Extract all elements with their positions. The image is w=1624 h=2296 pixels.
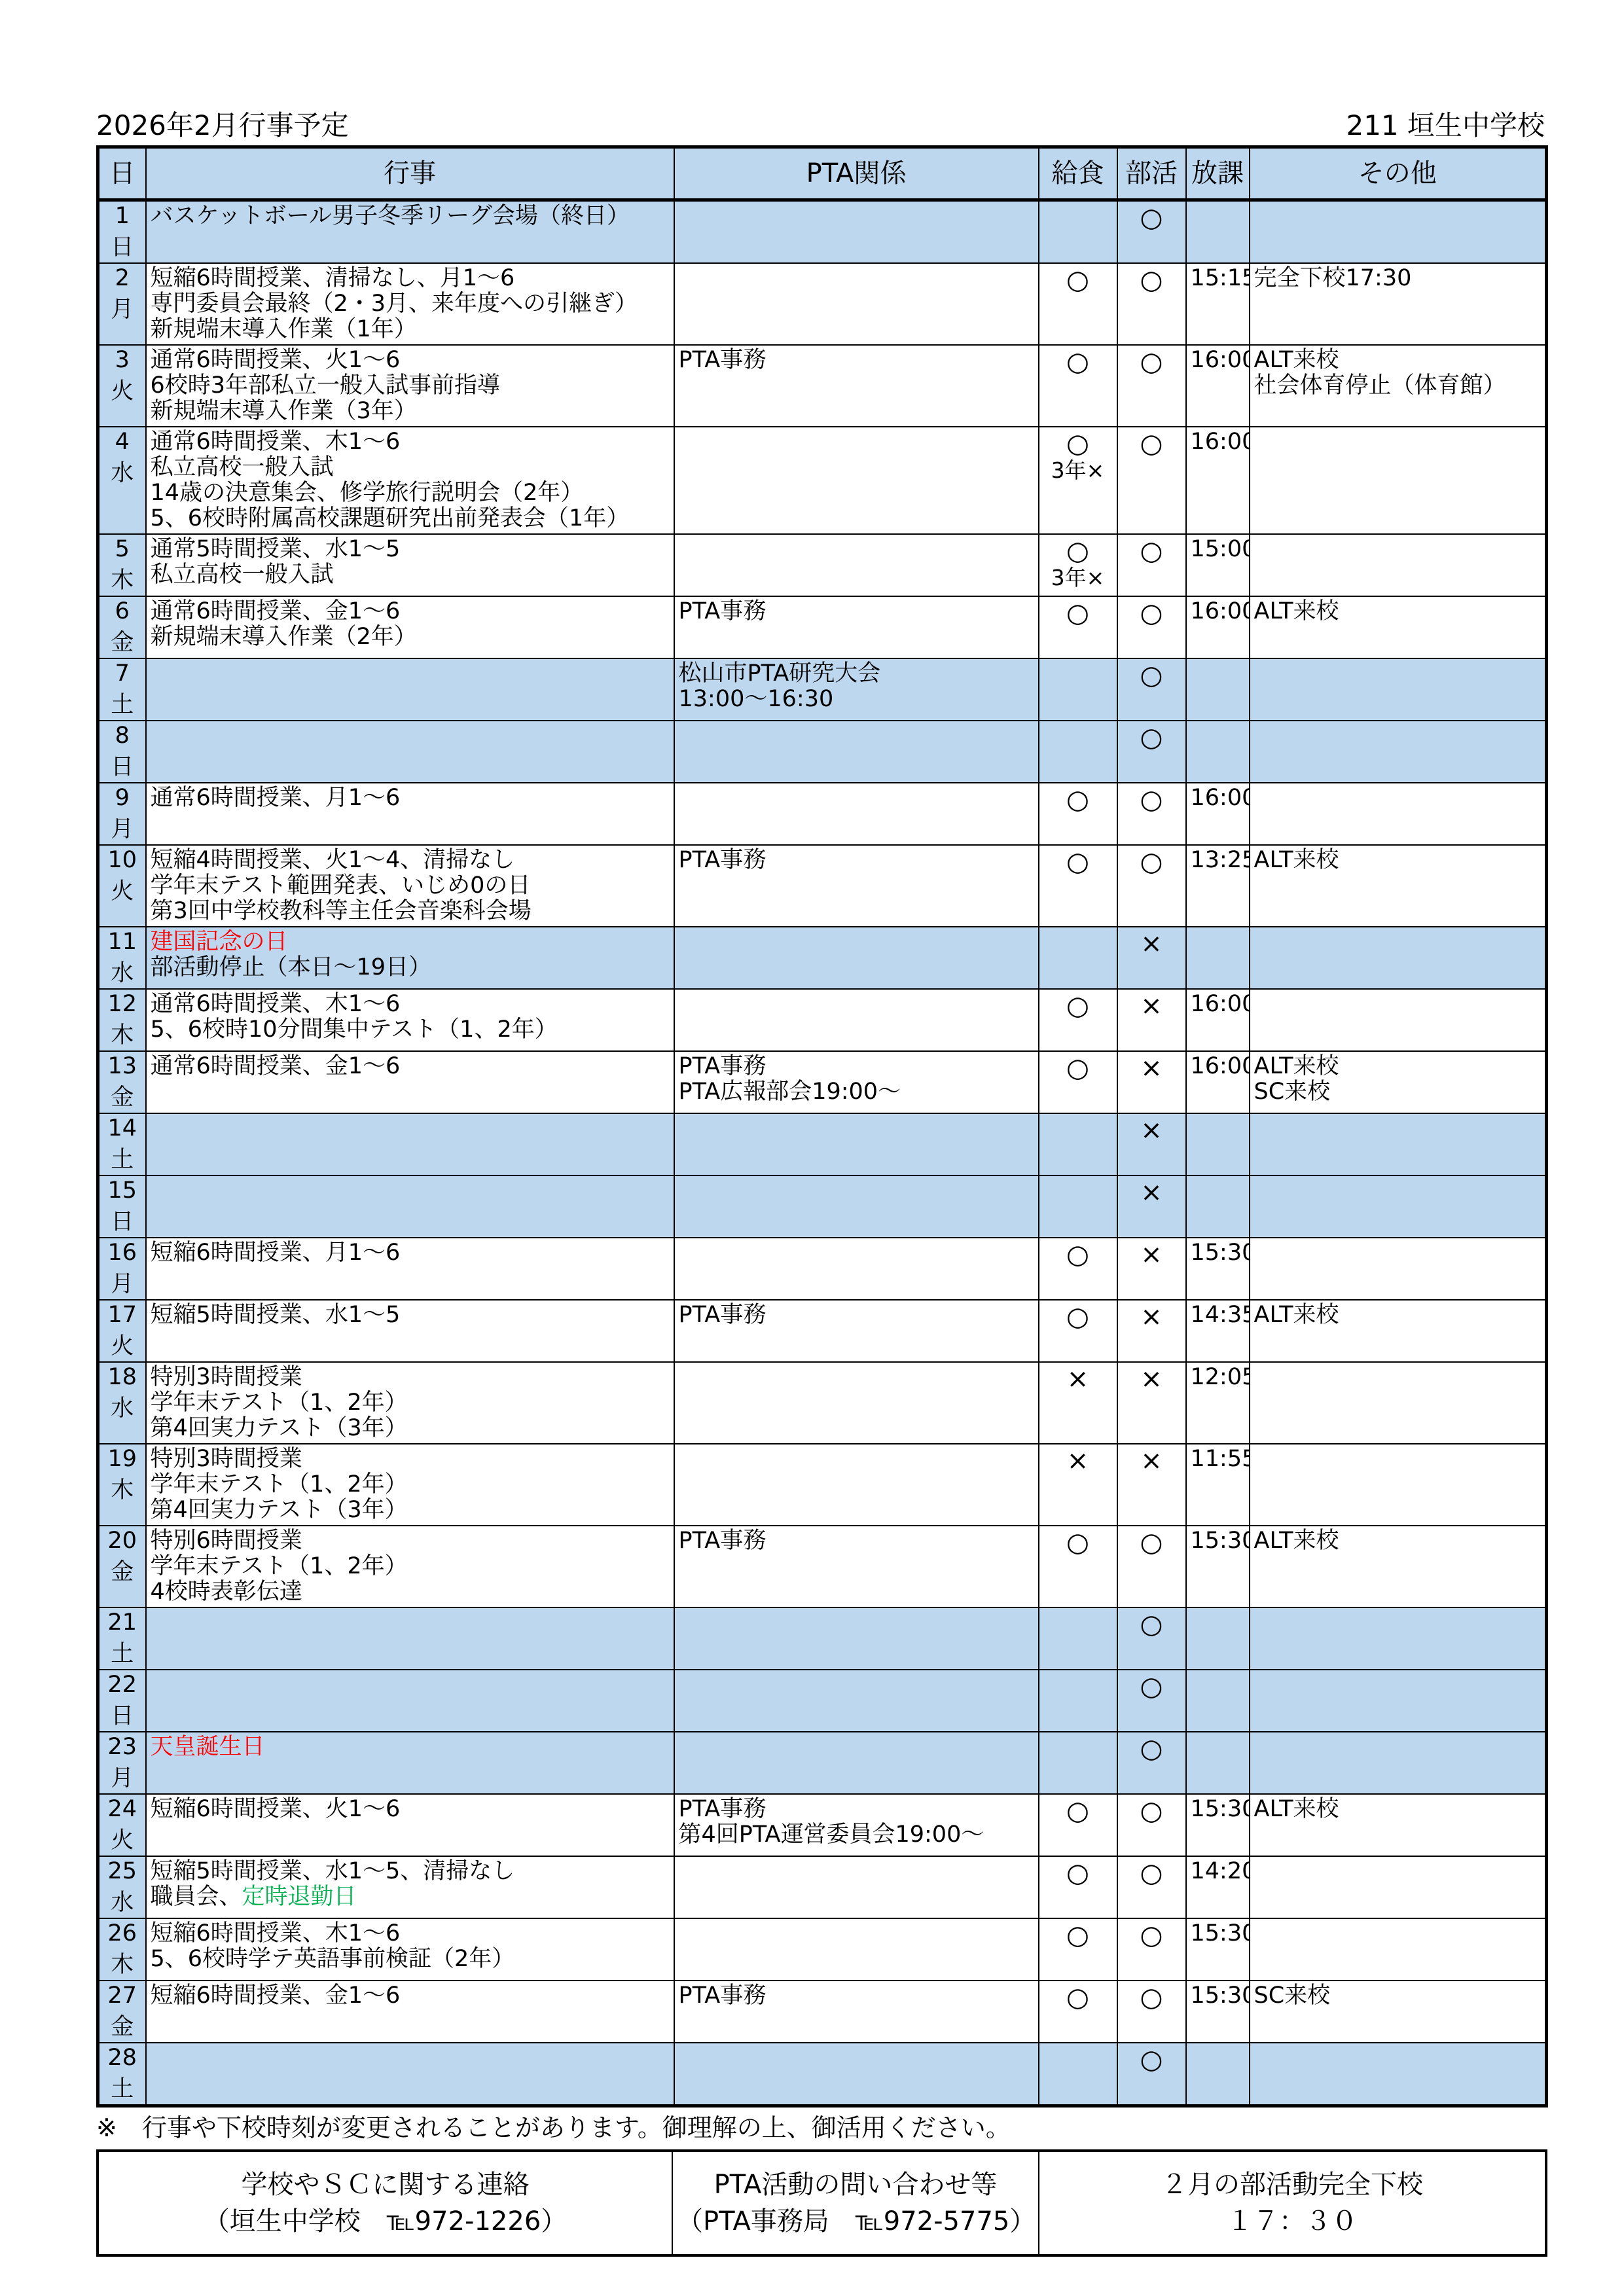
weekday-label: 木	[103, 568, 141, 594]
club-cell: ○	[1117, 1732, 1186, 1794]
lunch-cell: ○	[1039, 1981, 1117, 2043]
text-segment: 短縮6時間授業、月1～6	[151, 1240, 401, 1266]
event-line: 4校時表彰伝達	[151, 1579, 670, 1605]
text-segment: 通常6時間授業、月1～6	[151, 785, 401, 811]
text-segment: 通常6時間授業、金1～6	[151, 598, 401, 624]
other-cell	[1250, 1670, 1547, 1732]
events-cell	[146, 1175, 674, 1238]
lunch-cell: ○	[1039, 1300, 1117, 1362]
day-number: 1	[103, 204, 141, 229]
text-segment: ALT来校	[1254, 847, 1339, 873]
text-segment: ALT来校	[1254, 1302, 1339, 1328]
dismissal-cell	[1186, 721, 1250, 783]
footer-cell-club-dismissal: ２月の部活動完全下校 １７：３０	[1039, 2151, 1546, 2255]
day-row: 25水短縮5時間授業、水1～5、清掃なし職員会、定時退勤日○○14:20	[98, 1856, 1547, 1918]
text-segment: 建国記念の日	[151, 929, 288, 955]
other-line: 完全下校17:30	[1254, 266, 1542, 291]
other-cell: ALT来校	[1250, 845, 1547, 927]
club-mark: ○	[1122, 348, 1182, 376]
dismissal-time: 15:00	[1191, 537, 1245, 562]
text-segment: PTA事務	[679, 1302, 767, 1328]
event-line: 短縮6時間授業、火1～6	[151, 1797, 670, 1822]
club-cell: ○	[1117, 1856, 1186, 1918]
event-line: 部活動停止（本日～19日）	[151, 955, 670, 980]
other-line: ALT来校	[1254, 1797, 1542, 1822]
pta-cell	[674, 200, 1039, 264]
club-mark: ×	[1122, 1054, 1182, 1083]
pta-line: PTA事務	[679, 1302, 1034, 1328]
lunch-cell	[1039, 1670, 1117, 1732]
day-cell: 10火	[98, 845, 146, 927]
dismissal-cell: 16:00	[1186, 783, 1250, 845]
text-segment: 完全下校17:30	[1254, 265, 1412, 291]
day-cell: 18水	[98, 1362, 146, 1444]
events-cell: 特別3時間授業学年末テスト（1、2年）第4回実力テスト（3年）	[146, 1444, 674, 1526]
other-cell	[1250, 1732, 1547, 1794]
column-header-dismissal: 放課	[1186, 147, 1250, 200]
dismissal-cell	[1186, 927, 1250, 989]
lunch-cell	[1039, 1113, 1117, 1175]
day-number: 13	[103, 1054, 141, 1079]
events-cell: 短縮6時間授業、金1～6	[146, 1981, 674, 2043]
weekday-label: 火	[103, 379, 141, 404]
club-mark: ○	[1122, 1859, 1182, 1888]
weekday-label: 月	[103, 297, 141, 323]
day-number: 21	[103, 1610, 141, 1636]
dismissal-time: 15:30	[1191, 1240, 1245, 1266]
other-cell	[1250, 1238, 1547, 1300]
club-mark: ×	[1122, 1446, 1182, 1475]
day-number: 5	[103, 537, 141, 562]
text-segment: 短縮6時間授業、火1～6	[151, 1796, 401, 1822]
lunch-mark: ○	[1043, 1921, 1113, 1950]
day-row: 8日○	[98, 721, 1547, 783]
events-cell: 通常6時間授業、金1～6	[146, 1051, 674, 1113]
lunch-cell: ○	[1039, 783, 1117, 845]
pta-cell	[674, 1238, 1039, 1300]
text-segment: 天皇誕生日	[151, 1734, 265, 1760]
text-segment: 学年末テスト（1、2年）	[151, 1471, 408, 1498]
dismissal-cell: 12:05	[1186, 1362, 1250, 1444]
event-line: 職員会、定時退勤日	[151, 1884, 670, 1910]
dismissal-cell: 11:55	[1186, 1444, 1250, 1526]
day-number: 27	[103, 1983, 141, 2009]
text-segment: 専門委員会最終（2・3月、来年度への引継ぎ）	[151, 291, 638, 317]
dismissal-cell: 15:30	[1186, 1918, 1250, 1981]
text-segment: 通常5時間授業、水1～5	[151, 536, 401, 562]
pta-cell: PTA事務	[674, 345, 1039, 427]
weekday-label: 水	[103, 1396, 141, 1422]
event-line: 特別3時間授業	[151, 1446, 670, 1472]
event-line: 短縮5時間授業、水1～5	[151, 1302, 670, 1328]
day-row: 15日×	[98, 1175, 1547, 1238]
pta-cell	[674, 534, 1039, 596]
day-cell: 5木	[98, 534, 146, 596]
club-mark: ○	[1122, 1528, 1182, 1557]
pta-cell: 松山市PTA研究大会13:00～16:30	[674, 658, 1039, 721]
dismissal-cell: 15:30	[1186, 1238, 1250, 1300]
lunch-cell: ○	[1039, 1238, 1117, 1300]
club-mark: ○	[1122, 1797, 1182, 1825]
lunch-cell: ×	[1039, 1444, 1117, 1526]
lunch-mark: ○	[1043, 848, 1113, 876]
event-line: 通常6時間授業、月1～6	[151, 785, 670, 811]
other-cell	[1250, 1607, 1547, 1670]
lunch-cell	[1039, 200, 1117, 264]
dismissal-cell: 15:30	[1186, 1981, 1250, 2043]
club-mark: ○	[1122, 1672, 1182, 1701]
club-cell: ×	[1117, 989, 1186, 1051]
weekday-label: 日	[103, 755, 141, 780]
dismissal-cell: 16:00	[1186, 1051, 1250, 1113]
text-segment: 通常6時間授業、木1～6	[151, 991, 401, 1017]
pta-line: PTA事務	[679, 1983, 1034, 2009]
events-cell	[146, 1670, 674, 1732]
event-line: 私立高校一般入試	[151, 455, 670, 480]
lunch-cell: ○	[1039, 1794, 1117, 1856]
pta-cell	[674, 1444, 1039, 1526]
other-cell	[1250, 721, 1547, 783]
lunch-mark: ○	[1043, 1983, 1113, 2012]
event-line: 新規端末導入作業（1年）	[151, 317, 670, 342]
club-cell: ○	[1117, 596, 1186, 658]
event-line: 通常5時間授業、水1～5	[151, 537, 670, 562]
text-segment: 私立高校一般入試	[151, 454, 334, 480]
events-cell: 短縮4時間授業、火1～4、清掃なし学年末テスト範囲発表、いじめ0の日第3回中学校…	[146, 845, 674, 927]
club-mark: ○	[1122, 204, 1182, 232]
event-line: 通常6時間授業、火1～6	[151, 348, 670, 373]
dismissal-cell: 15:30	[1186, 1526, 1250, 1607]
day-number: 15	[103, 1178, 141, 1204]
club-cell: ○	[1117, 263, 1186, 345]
weekday-label: 金	[103, 1560, 141, 1585]
events-cell: 通常6時間授業、火1～66校時3年部私立一般入試事前指導新規端末導入作業（3年）	[146, 345, 674, 427]
text-segment: 短縮6時間授業、木1～6	[151, 1920, 401, 1946]
day-cell: 6金	[98, 596, 146, 658]
lunch-mark: ×	[1043, 1446, 1113, 1475]
club-mark: ×	[1122, 929, 1182, 958]
club-cell: ×	[1117, 1238, 1186, 1300]
day-row: 13金通常6時間授業、金1～6PTA事務PTA広報部会19:00～○×16:00…	[98, 1051, 1547, 1113]
column-header-events: 行事	[146, 147, 674, 200]
other-cell	[1250, 534, 1547, 596]
day-cell: 23月	[98, 1732, 146, 1794]
lunch-mark: ○	[1043, 992, 1113, 1020]
day-cell: 19木	[98, 1444, 146, 1526]
footer-line: ２月の部活動完全下校	[1043, 2166, 1541, 2203]
dismissal-time: 13:25	[1191, 848, 1245, 873]
events-cell	[146, 1113, 674, 1175]
event-line: 通常6時間授業、金1～6	[151, 1054, 670, 1079]
dismissal-time: 14:35	[1191, 1302, 1245, 1328]
pta-cell	[674, 2043, 1039, 2106]
event-line: 第3回中学校教科等主任会音楽科会場	[151, 899, 670, 924]
events-cell: 特別6時間授業学年末テスト（1、2年）4校時表彰伝達	[146, 1526, 674, 1607]
text-segment: ALT来校	[1254, 347, 1339, 373]
text-segment: ALT来校	[1254, 1053, 1339, 1079]
column-header-lunch: 給食	[1039, 147, 1117, 200]
day-number: 14	[103, 1116, 141, 1141]
lunch-cell	[1039, 2043, 1117, 2106]
text-segment: 特別3時間授業	[151, 1446, 302, 1472]
day-cell: 14土	[98, 1113, 146, 1175]
dismissal-time: 15:30	[1191, 1983, 1245, 2009]
lunch-cell: ○	[1039, 345, 1117, 427]
other-line: ALT来校	[1254, 1054, 1542, 1079]
club-mark: ○	[1122, 537, 1182, 565]
weekday-label: 土	[103, 1641, 141, 1667]
club-cell: ×	[1117, 1051, 1186, 1113]
weekday-label: 木	[103, 1478, 141, 1503]
events-cell	[146, 658, 674, 721]
dismissal-cell	[1186, 658, 1250, 721]
dismissal-cell: 15:30	[1186, 1794, 1250, 1856]
text-segment: 通常6時間授業、金1～6	[151, 1053, 401, 1079]
lunch-cell	[1039, 721, 1117, 783]
pta-cell	[674, 1732, 1039, 1794]
text-segment: SC来校	[1254, 1079, 1331, 1105]
text-segment: 学年末テスト（1、2年）	[151, 1553, 408, 1579]
day-number: 24	[103, 1797, 141, 1822]
day-cell: 1日	[98, 200, 146, 264]
events-cell: 天皇誕生日	[146, 1732, 674, 1794]
text-segment: 特別6時間授業	[151, 1528, 302, 1554]
other-cell	[1250, 2043, 1547, 2106]
pta-cell	[674, 783, 1039, 845]
text-segment: 通常6時間授業、火1～6	[151, 347, 401, 373]
day-cell: 21土	[98, 1607, 146, 1670]
weekday-label: 金	[103, 1085, 141, 1111]
pta-line: PTA事務	[679, 1797, 1034, 1822]
dismissal-cell: 16:00	[1186, 427, 1250, 534]
day-cell: 9月	[98, 783, 146, 845]
event-line: 学年末テスト（1、2年）	[151, 1554, 670, 1579]
event-line: 6校時3年部私立一般入試事前指導	[151, 373, 670, 399]
weekday-label: 土	[103, 1147, 141, 1173]
day-number: 26	[103, 1921, 141, 1946]
day-row: 16月短縮6時間授業、月1～6○×15:30	[98, 1238, 1547, 1300]
events-cell: 通常6時間授業、金1～6新規端末導入作業（2年）	[146, 596, 674, 658]
dismissal-cell: 13:25	[1186, 845, 1250, 927]
dismissal-cell: 14:35	[1186, 1300, 1250, 1362]
text-segment: PTA事務	[679, 1796, 767, 1822]
lunch-mark: ○	[1043, 785, 1113, 814]
club-cell: ×	[1117, 1444, 1186, 1526]
page-title: 2026年2月行事予定	[96, 110, 349, 141]
lunch-note: 3年×	[1043, 565, 1113, 590]
weekday-label: 火	[103, 879, 141, 905]
pta-cell: PTA事務	[674, 1526, 1039, 1607]
pta-cell: PTA事務PTA広報部会19:00～	[674, 1051, 1039, 1113]
day-row: 6金通常6時間授業、金1～6新規端末導入作業（2年）PTA事務○○16:00AL…	[98, 596, 1547, 658]
club-cell: ○	[1117, 200, 1186, 264]
event-line: 短縮6時間授業、金1～6	[151, 1983, 670, 2009]
dismissal-time: 15:30	[1191, 1797, 1245, 1822]
club-mark: ○	[1122, 661, 1182, 690]
events-cell: 短縮5時間授業、水1～5	[146, 1300, 674, 1362]
events-cell: 通常6時間授業、月1～6	[146, 783, 674, 845]
day-row: 26木短縮6時間授業、木1～65、6校時学テ英語事前検証（2年）○○15:30	[98, 1918, 1547, 1981]
text-segment: 第4回実力テスト（3年）	[151, 1415, 408, 1441]
text-segment: 特別3時間授業	[151, 1364, 302, 1390]
pta-line: 13:00～16:30	[679, 687, 1034, 712]
day-number: 10	[103, 848, 141, 873]
day-cell: 17火	[98, 1300, 146, 1362]
event-line: 専門委員会最終（2・3月、来年度への引継ぎ）	[151, 291, 670, 317]
pta-cell	[674, 1113, 1039, 1175]
lunch-mark: ×	[1043, 1365, 1113, 1393]
day-cell: 12木	[98, 989, 146, 1051]
title-bar: 2026年2月行事予定 211 垣生中学校	[96, 110, 1545, 141]
club-mark: ○	[1122, 429, 1182, 458]
footer-cell-pta-contact: PTA活動の問い合わせ等 （PTA事務局 ℡972-5775）	[672, 2151, 1039, 2255]
text-segment: 通常6時間授業、木1～6	[151, 429, 401, 455]
lunch-cell: ○	[1039, 845, 1117, 927]
weekday-label: 月	[103, 1766, 141, 1791]
events-cell: 短縮6時間授業、火1～6	[146, 1794, 674, 1856]
text-segment: バスケットボール男子冬季リーグ会場（終日）	[151, 203, 630, 229]
events-cell: 特別3時間授業学年末テスト（1、2年）第4回実力テスト（3年）	[146, 1362, 674, 1444]
text-segment: ALT来校	[1254, 598, 1339, 624]
lunch-mark: ○	[1043, 599, 1113, 628]
event-line: バスケットボール男子冬季リーグ会場（終日）	[151, 204, 670, 229]
day-cell: 26木	[98, 1918, 146, 1981]
event-line: 短縮4時間授業、火1～4、清掃なし	[151, 848, 670, 873]
other-cell	[1250, 927, 1547, 989]
dismissal-cell: 15:00	[1186, 534, 1250, 596]
club-cell: ○	[1117, 2043, 1186, 2106]
text-segment: ALT来校	[1254, 1796, 1339, 1822]
club-mark: ×	[1122, 1302, 1182, 1331]
day-row: 17火短縮5時間授業、水1～5PTA事務○×14:35ALT来校	[98, 1300, 1547, 1362]
dismissal-cell	[1186, 1607, 1250, 1670]
weekday-label: 水	[103, 461, 141, 486]
club-mark: ×	[1122, 1116, 1182, 1145]
text-segment: 13:00～16:30	[679, 686, 834, 712]
other-line: ALT来校	[1254, 848, 1542, 873]
event-line: 第4回実力テスト（3年）	[151, 1498, 670, 1523]
events-cell: バスケットボール男子冬季リーグ会場（終日）	[146, 200, 674, 264]
day-number: 4	[103, 429, 141, 455]
other-cell	[1250, 427, 1547, 534]
day-row: 3火通常6時間授業、火1～66校時3年部私立一般入試事前指導新規端末導入作業（3…	[98, 345, 1547, 427]
other-line: SC来校	[1254, 1983, 1542, 2009]
text-segment: 職員会、	[151, 1884, 242, 1910]
weekday-label: 月	[103, 817, 141, 842]
events-cell: 通常5時間授業、水1～5私立高校一般入試	[146, 534, 674, 596]
dismissal-cell	[1186, 200, 1250, 264]
dismissal-cell: 14:20	[1186, 1856, 1250, 1918]
weekday-label: 土	[103, 692, 141, 718]
text-segment: 私立高校一般入試	[151, 562, 334, 588]
day-number: 19	[103, 1446, 141, 1472]
dismissal-cell	[1186, 2043, 1250, 2106]
column-header-club: 部活	[1117, 147, 1186, 200]
club-cell: ○	[1117, 1918, 1186, 1981]
club-mark: ×	[1122, 1178, 1182, 1207]
club-cell: ○	[1117, 1670, 1186, 1732]
weekday-label: 金	[103, 630, 141, 656]
other-line: ALT来校	[1254, 1528, 1542, 1554]
other-cell: ALT来校	[1250, 1794, 1547, 1856]
pta-cell	[674, 1175, 1039, 1238]
lunch-mark: ○	[1043, 537, 1113, 565]
text-segment: 学年末テスト（1、2年）	[151, 1390, 408, 1416]
pta-cell	[674, 927, 1039, 989]
day-number: 2	[103, 266, 141, 291]
other-cell: SC来校	[1250, 1981, 1547, 2043]
lunch-cell	[1039, 1607, 1117, 1670]
day-cell: 25水	[98, 1856, 146, 1918]
footer-line: １７：３０	[1043, 2203, 1541, 2240]
day-cell: 11水	[98, 927, 146, 989]
dismissal-time: 15:30	[1191, 1921, 1245, 1946]
pta-cell	[674, 1362, 1039, 1444]
club-cell: ○	[1117, 427, 1186, 534]
other-cell	[1250, 200, 1547, 264]
club-cell: ×	[1117, 1300, 1186, 1362]
lunch-cell	[1039, 658, 1117, 721]
text-segment: 短縮5時間授業、水1～5	[151, 1302, 401, 1328]
other-cell	[1250, 1444, 1547, 1526]
lunch-mark: ○	[1043, 266, 1113, 295]
event-line: 学年末テスト（1、2年）	[151, 1390, 670, 1416]
day-row: 20金特別6時間授業学年末テスト（1、2年）4校時表彰伝達PTA事務○○15:3…	[98, 1526, 1547, 1607]
club-mark: ○	[1122, 1983, 1182, 2012]
event-line: 短縮6時間授業、清掃なし、月1～6	[151, 266, 670, 291]
club-mark: ×	[1122, 992, 1182, 1020]
other-cell: ALT来校SC来校	[1250, 1051, 1547, 1113]
text-segment: 14歳の決意集会、修学旅行説明会（2年）	[151, 480, 584, 506]
lunch-note: 3年×	[1043, 458, 1113, 483]
club-cell: ×	[1117, 1113, 1186, 1175]
event-line: 短縮5時間授業、水1～5、清掃なし	[151, 1859, 670, 1884]
other-cell: ALT来校	[1250, 1300, 1547, 1362]
column-header-other: その他	[1250, 147, 1547, 200]
club-cell: ○	[1117, 783, 1186, 845]
club-cell: ○	[1117, 345, 1186, 427]
club-mark: ○	[1122, 266, 1182, 295]
dismissal-time: 16:00	[1191, 429, 1245, 455]
footer-line: （PTA事務局 ℡972-5775）	[677, 2203, 1034, 2240]
event-line: 建国記念の日	[151, 929, 670, 955]
dismissal-time: 11:55	[1191, 1446, 1245, 1472]
text-segment: 社会体育停止（体育館）	[1254, 372, 1506, 399]
events-cell	[146, 1607, 674, 1670]
dismissal-cell	[1186, 1175, 1250, 1238]
dismissal-cell: 16:00	[1186, 989, 1250, 1051]
dismissal-time: 15:15	[1191, 266, 1245, 291]
other-line: ALT来校	[1254, 348, 1542, 373]
day-number: 23	[103, 1734, 141, 1760]
other-line: ALT来校	[1254, 1302, 1542, 1328]
dismissal-time: 16:00	[1191, 348, 1245, 373]
other-cell	[1250, 1362, 1547, 1444]
club-cell: ○	[1117, 1981, 1186, 2043]
events-cell: 通常6時間授業、木1～65、6校時10分間集中テスト（1、2年）	[146, 989, 674, 1051]
pta-cell	[674, 1670, 1039, 1732]
text-segment: ALT来校	[1254, 1528, 1339, 1554]
pta-line: 第4回PTA運営委員会19:00～	[679, 1822, 1034, 1848]
footer-line: （垣生中学校 ℡972-1226）	[103, 2203, 668, 2240]
pta-cell	[674, 427, 1039, 534]
weekday-label: 日	[103, 1210, 141, 1235]
club-cell: ×	[1117, 927, 1186, 989]
weekday-label: 日	[103, 235, 141, 260]
weekday-label: 水	[103, 1890, 141, 1916]
lunch-cell: ○	[1039, 596, 1117, 658]
weekday-label: 金	[103, 2015, 141, 2040]
